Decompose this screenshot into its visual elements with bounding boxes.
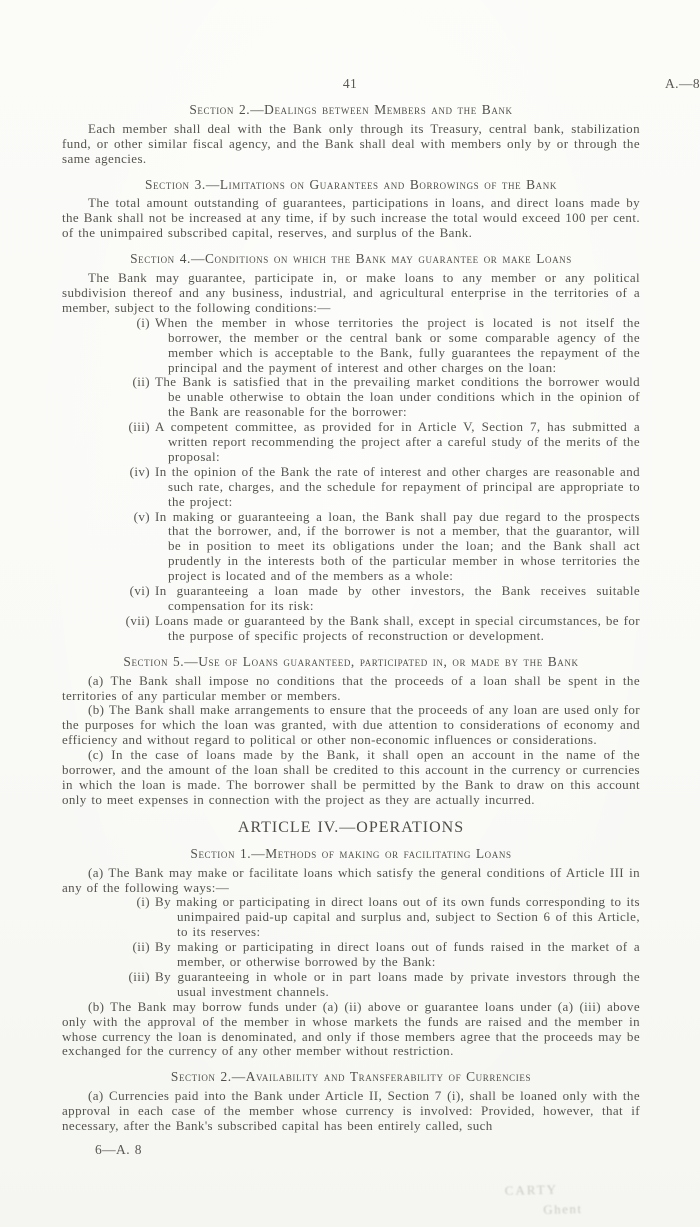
a4-section-2-heading: Section 2.—Availability and Transferabil… (62, 1070, 640, 1085)
item-label: (i) (115, 895, 150, 910)
item-label: (iv) (115, 465, 150, 480)
section-3-paragraph: The total amount outstanding of guarante… (62, 196, 640, 241)
item-label: (v) (115, 510, 150, 525)
section-2-paragraph: Each member shall deal with the Bank onl… (62, 122, 640, 167)
item-text: A competent committee, as provided for i… (155, 419, 640, 464)
item-text: By making or participating in direct loa… (155, 894, 640, 939)
item-label: (i) (115, 316, 150, 331)
item-text: The Bank is satisfied that in the prevai… (155, 374, 640, 419)
item-text: In guaranteeing a loan made by other inv… (155, 583, 640, 613)
section-4-heading: Section 4.—Conditions on which the Bank … (62, 252, 640, 267)
document-body: Section 2.—Dealings between Members and … (62, 103, 640, 1158)
section-4-paragraph: The Bank may guarantee, participate in, … (62, 271, 640, 316)
ghost-stamp-line1: CARTY (504, 1179, 582, 1201)
item-text: By guaranteeing in whole or in part loan… (155, 969, 640, 999)
section-5-paragraph-c: (c) In the case of loans made by the Ban… (62, 748, 640, 808)
a4-section-2-paragraph-a: (a) Currencies paid into the Bank under … (62, 1089, 640, 1134)
item-text: In making or guaranteeing a loan, the Ba… (155, 509, 640, 584)
condition-item-v: (v)In making or guaranteeing a loan, the… (168, 510, 640, 585)
page-number: 41 (0, 77, 700, 92)
condition-item-ii: (ii)The Bank is satisfied that in the pr… (168, 375, 640, 420)
loan-methods-list: (i)By making or participating in direct … (62, 895, 640, 999)
scanned-document-page: 41 A.—8 Section 2.—Dealings between Memb… (0, 0, 700, 1227)
loan-method-item-iii: (iii)By guaranteeing in whole or in part… (177, 970, 640, 1000)
loan-method-item-ii: (ii)By making or participating in direct… (177, 940, 640, 970)
condition-item-iv: (iv)In the opinion of the Bank the rate … (168, 465, 640, 510)
ghost-stamp-line2: Ghent (543, 1199, 583, 1220)
item-label: (vi) (115, 584, 150, 599)
item-label: (ii) (115, 375, 150, 390)
section-5-paragraph-a: (a) The Bank shall impose no conditions … (62, 674, 640, 704)
loan-method-item-i: (i)By making or participating in direct … (177, 895, 640, 940)
section-2-heading: Section 2.—Dealings between Members and … (62, 103, 640, 118)
doc-reference: A.—8 (665, 77, 700, 92)
a4-section-1-heading: Section 1.—Methods of making or facilita… (62, 847, 640, 862)
item-label: (iii) (115, 970, 150, 985)
page-footer-signature: 6—A. 8 (95, 1143, 640, 1158)
item-label: (iii) (115, 420, 150, 435)
item-text: By making or participating in direct loa… (155, 939, 640, 969)
condition-item-vii: (vii)Loans made or guaranteed by the Ban… (168, 614, 640, 644)
item-text: Loans made or guaranteed by the Bank sha… (155, 613, 640, 643)
section-4-conditions-list: (i)When the member in whose territories … (62, 316, 640, 644)
condition-item-vi: (vi)In guaranteeing a loan made by other… (168, 584, 640, 614)
a4-section-1-paragraph-a: (a) The Bank may make or facilitate loan… (62, 866, 640, 896)
article-4-heading: ARTICLE IV.—OPERATIONS (62, 821, 640, 836)
page-header: 41 A.—8 (0, 0, 700, 92)
section-5-paragraph-b: (b) The Bank shall make arrangements to … (62, 703, 640, 748)
section-5-heading: Section 5.—Use of Loans guaranteed, part… (62, 655, 640, 670)
item-label: (ii) (115, 940, 150, 955)
item-text: When the member in whose territories the… (155, 315, 640, 375)
condition-item-i: (i)When the member in whose territories … (168, 316, 640, 376)
ink-bleed-ghost-stamp: CARTY Ghent (504, 1179, 582, 1221)
section-3-heading: Section 3.—Limitations on Guarantees and… (62, 178, 640, 193)
a4-section-1-paragraph-b: (b) The Bank may borrow funds under (a) … (62, 1000, 640, 1060)
item-text: In the opinion of the Bank the rate of i… (155, 464, 640, 509)
item-label: (vii) (115, 614, 150, 629)
condition-item-iii: (iii)A competent committee, as provided … (168, 420, 640, 465)
